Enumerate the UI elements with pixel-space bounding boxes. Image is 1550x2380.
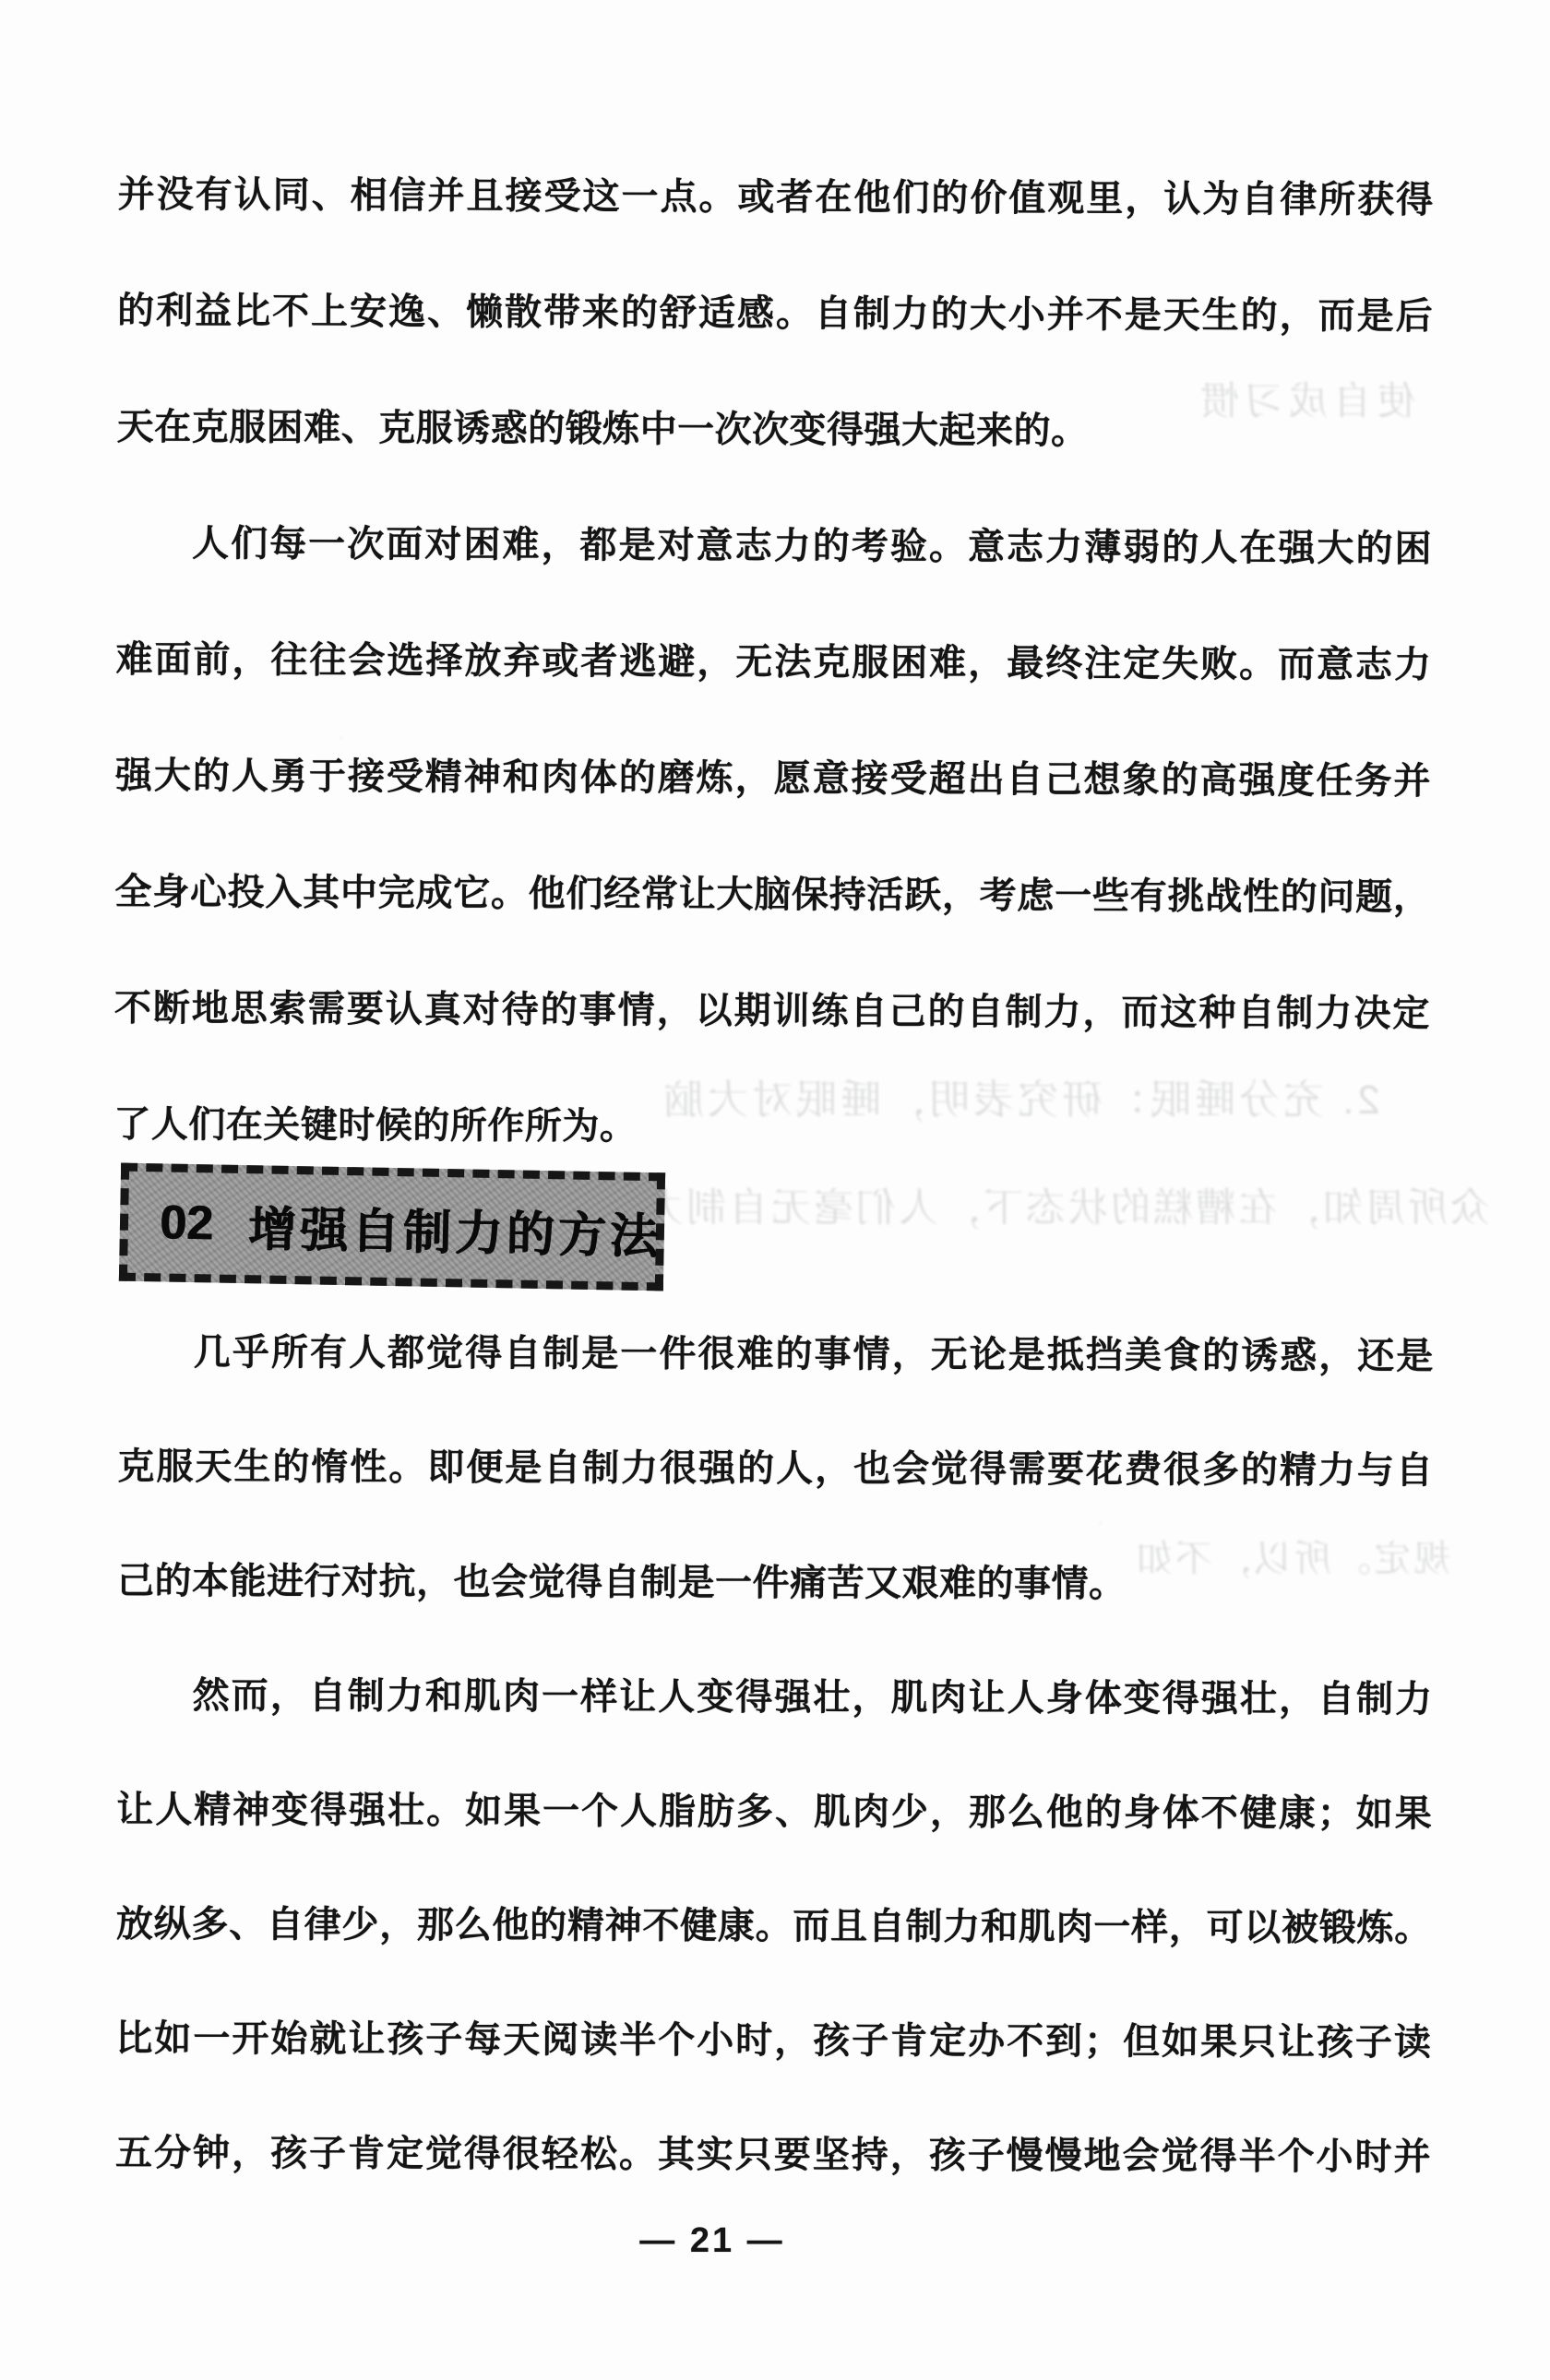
text-line: 几乎所有人都觉得自制是一件很难的事情，无论是抵挡美食的诱惑，还是: [118, 1295, 1434, 1413]
page-number: — 21 —: [0, 2221, 1487, 2261]
paragraph-block-top: 并没有认同、相信并且接受这一点。或者在他们的价值观里，认为自律所获得的利益比不上…: [113, 137, 1434, 1188]
text-line: 全身心投入其中完成它。他们经常让大脑保持活跃，考虑一些有挑战性的问题，: [114, 834, 1431, 956]
paragraph-block-bottom: 几乎所有人都觉得自制是一件很难的事情，无论是抵挡美食的诱惑，还是克服天生的惰性。…: [115, 1295, 1434, 2214]
section-title: 增强自制力的方法: [247, 1190, 662, 1267]
text-line: 放纵多、自律少，那么他的精神不健康。而且自制力和肌肉一样，可以被锻炼。: [116, 1867, 1432, 1985]
scanned-book-page: 并没有认同、相信并且接受这一点。或者在他们的价值观里，认为自律所获得的利益比不上…: [0, 0, 1550, 2380]
section-number: 02: [159, 1195, 213, 1251]
text-line: 天在克服困难、克服诱惑的锻炼中一次次变得强大起来的。: [116, 369, 1433, 491]
text-line: 人们每一次面对困难，都是对意志力的考验。意志力薄弱的人在强大的困: [116, 485, 1433, 607]
text-line: 让人精神变得强壮。如果一个人脂肪多、肌肉少，那么他的身体不健康；如果: [116, 1753, 1432, 1871]
text-line: 难面前，往往会选择放弃或者逃避，无法克服困难，最终注定失败。而意志力: [115, 601, 1432, 723]
text-line: 比如一开始就让孩子每天阅读半个小时，孩子肯定办不到；但如果只让孩子读: [115, 1981, 1431, 2100]
text-line: 并没有认同、相信并且接受这一点。或者在他们的价值观里，认为自律所获得: [117, 137, 1434, 258]
text-line: 强大的人勇于接受精神和肉体的磨炼，愿意接受超出自己想象的高强度任务并: [115, 718, 1432, 839]
text-line: 五分钟，孩子肯定觉得很轻松。其实只要坚持，孩子慢慢地会觉得半个小时并: [115, 2096, 1431, 2214]
text-line: 的利益比不上安逸、懒散带来的舒适感。自制力的大小并不是天生的，而是后: [117, 253, 1434, 375]
section-header-box: 02 增强自制力的方法: [119, 1163, 665, 1291]
text-line: 不断地思索需要认真对待的事情，以期训练自己的自制力，而这种自制力决定: [114, 950, 1431, 1072]
text-line: 克服天生的惰性。即便是自制力很强的人，也会觉得需要花费很多的精力与自: [117, 1410, 1433, 1528]
text-line: 然而，自制力和肌肉一样让人变得强壮，肌肉让人身体变得强壮，自制力: [116, 1638, 1432, 1756]
text-line: 己的本能进行对抗，也会觉得自制是一件痛苦又艰难的事情。: [117, 1524, 1433, 1642]
